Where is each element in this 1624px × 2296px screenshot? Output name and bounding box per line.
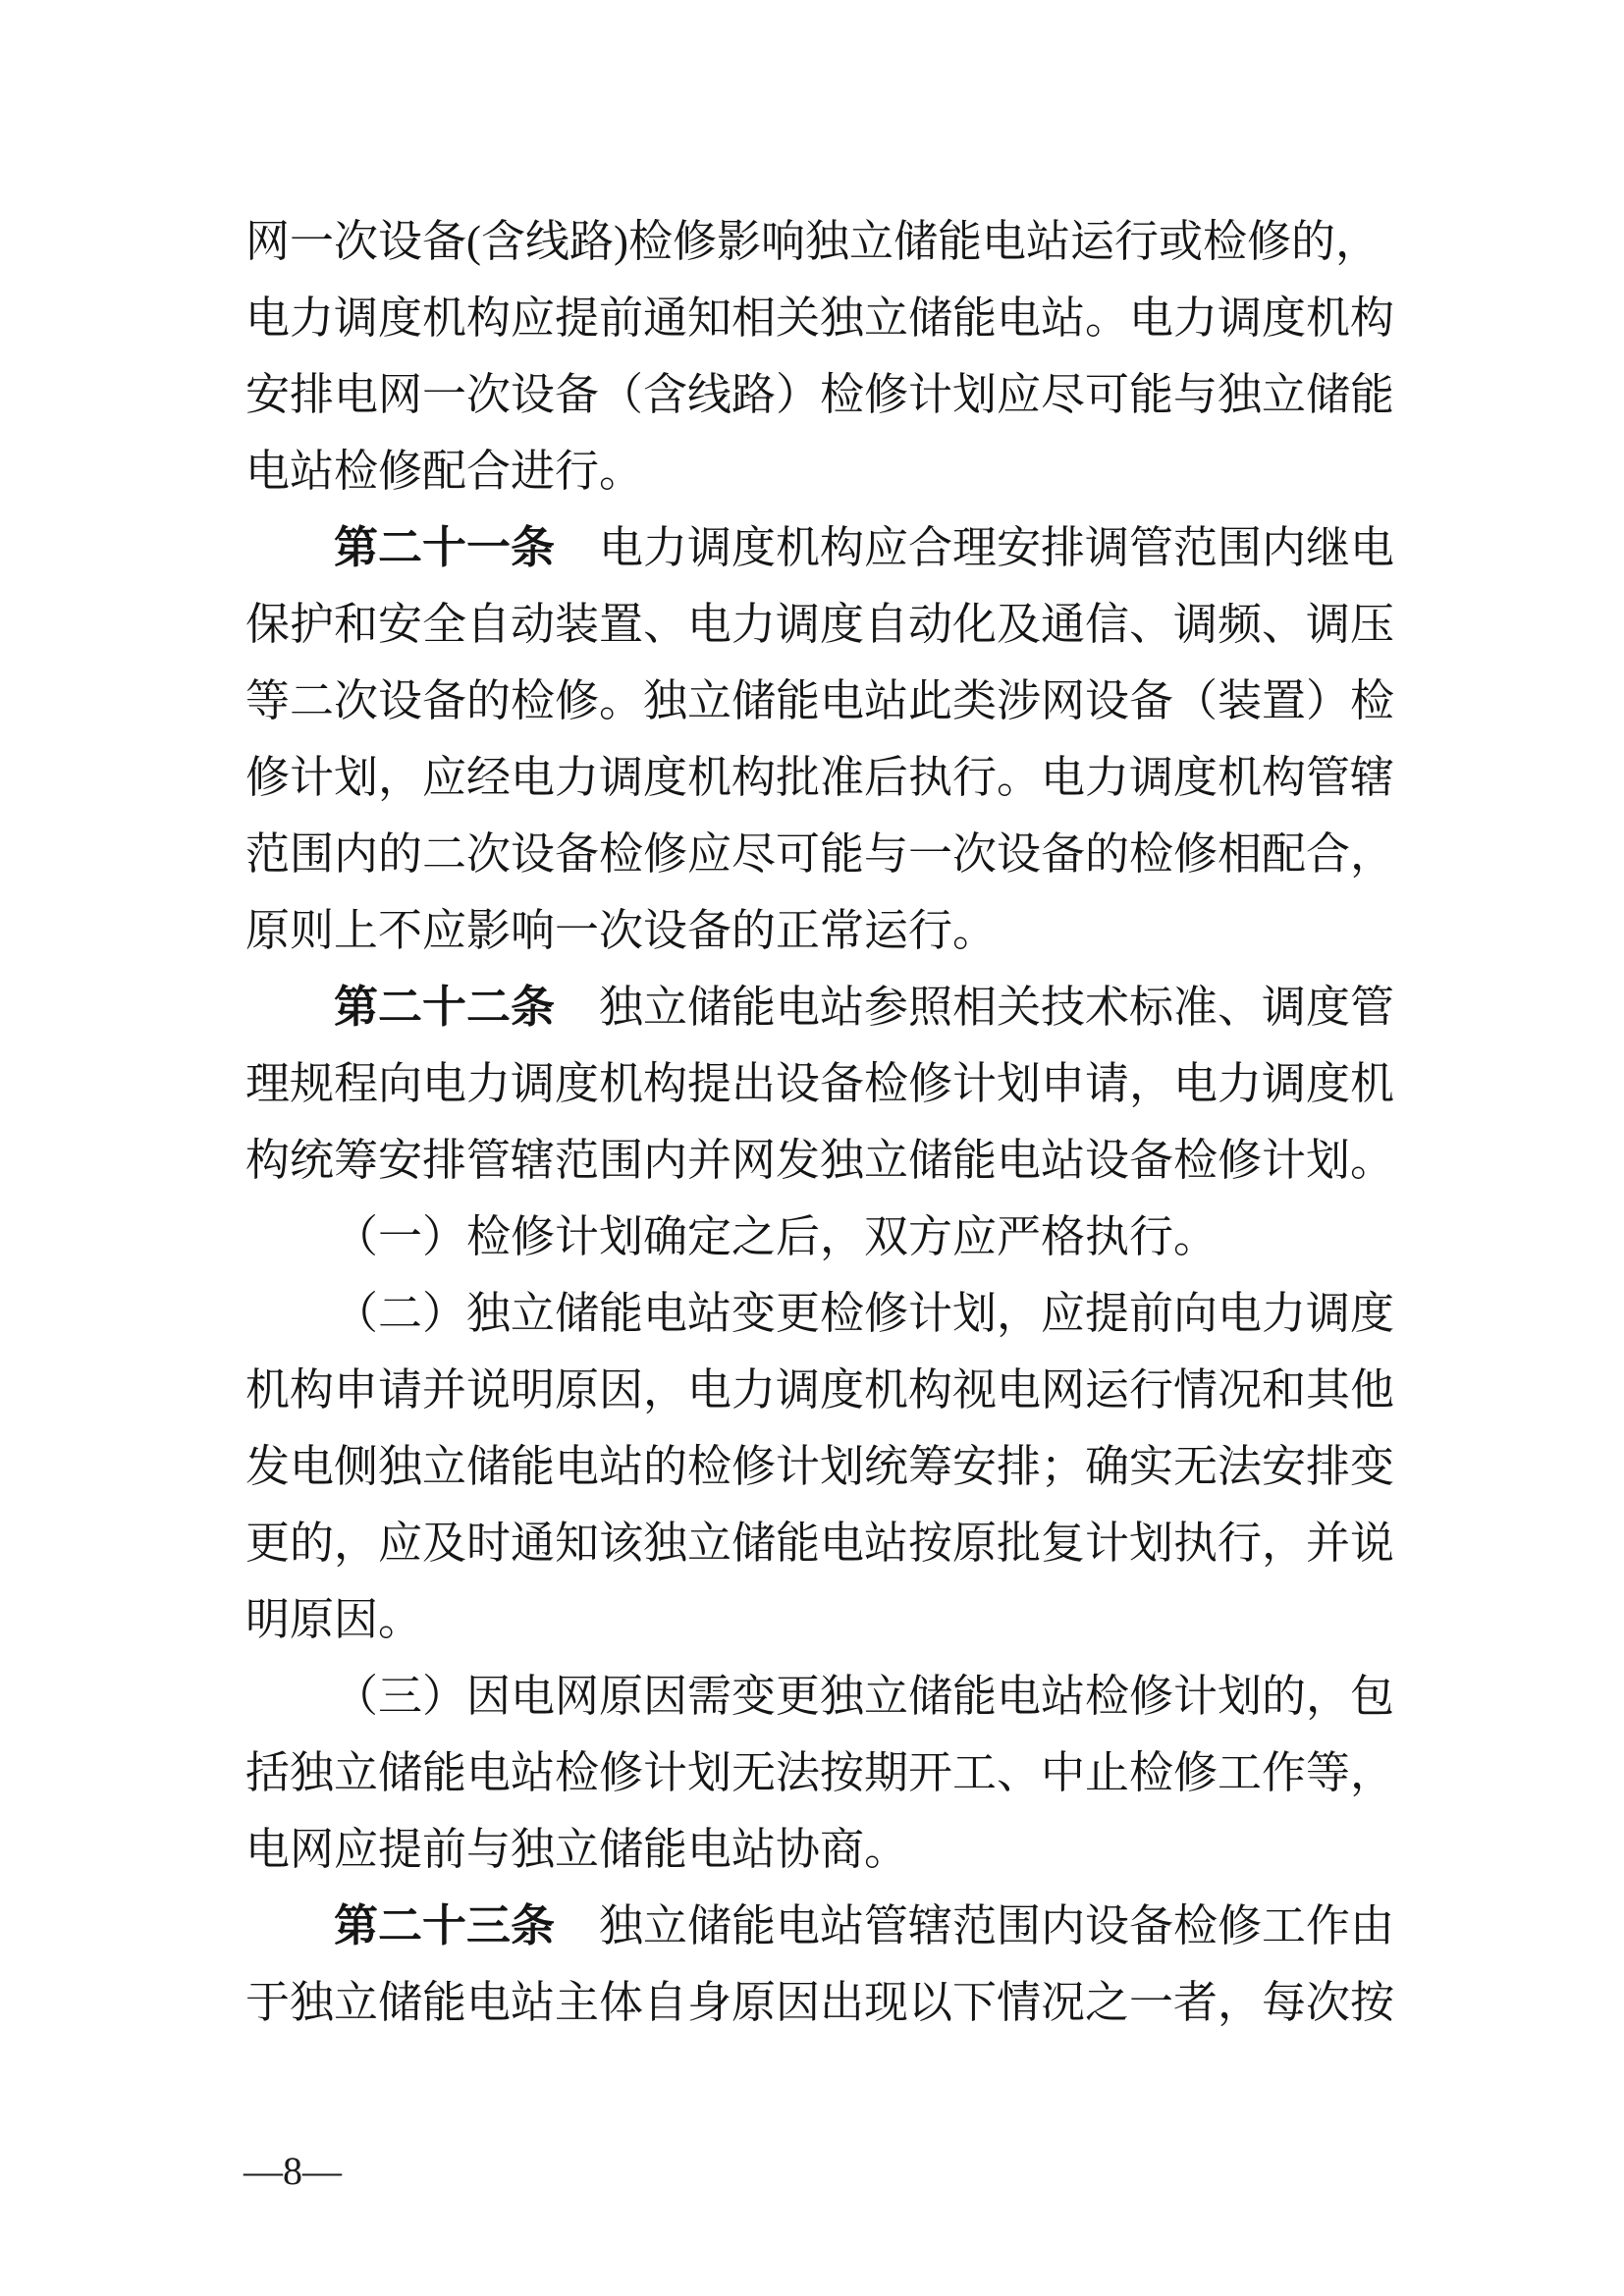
text-line: 发电侧独立储能电站的检修计划统筹安排；确实无法安排变 <box>245 1428 1400 1505</box>
document-lines: 网一次设备(含线路)检修影响独立储能电站运行或检修的，电力调度机构应提前通知相关… <box>245 203 1400 2041</box>
text-line: 安排电网一次设备（含线路）检修计划应尽可能与独立储能 <box>245 356 1400 433</box>
text-segment: 电力调度机构应合理安排调管范围内继电 <box>555 523 1394 572</box>
text-line: 第二十一条 电力调度机构应合理安排调管范围内继电 <box>245 509 1400 586</box>
document-page: 网一次设备(含线路)检修影响独立储能电站运行或检修的，电力调度机构应提前通知相关… <box>0 0 1624 2296</box>
text-line: （三）因电网原因需变更独立储能电站检修计划的，包 <box>245 1658 1400 1735</box>
article-heading: 第二十一条 <box>334 523 555 572</box>
text-segment: 网一次设备(含线路)检修影响独立储能电站运行或检修的， <box>245 217 1380 266</box>
text-line: 网一次设备(含线路)检修影响独立储能电站运行或检修的， <box>245 203 1400 280</box>
text-segment: 机构申请并说明原因，电力调度机构视电网运行情况和其他 <box>245 1365 1394 1415</box>
text-segment: 更的，应及时通知该独立储能电站按原批复计划执行，并说 <box>245 1519 1394 1568</box>
text-segment: 范围内的二次设备检修应尽可能与一次设备的检修相配合， <box>245 829 1394 879</box>
text-segment: （二）独立储能电站变更检修计划，应提前向电力调度 <box>334 1289 1394 1338</box>
text-line: 于独立储能电站主体自身原因出现以下情况之一者，每次按 <box>245 1964 1400 2041</box>
text-segment: 等二次设备的检修。独立储能电站此类涉网设备（装置）检 <box>245 676 1394 725</box>
text-line: 等二次设备的检修。独立储能电站此类涉网设备（装置）检 <box>245 663 1400 739</box>
text-segment: 电力调度机构应提前通知相关独立储能电站。电力调度机构 <box>245 294 1394 343</box>
text-line: 电站检修配合进行。 <box>245 433 1400 509</box>
text-line: 电力调度机构应提前通知相关独立储能电站。电力调度机构 <box>245 280 1400 356</box>
text-line: 第二十二条 独立储能电站参照相关技术标准、调度管 <box>245 969 1400 1045</box>
text-segment: （一）检修计划确定之后，双方应严格执行。 <box>334 1212 1218 1261</box>
text-segment: 独立储能电站管辖范围内设备检修工作由 <box>555 1901 1394 1950</box>
text-segment: 原则上不应影响一次设备的正常运行。 <box>245 906 997 955</box>
text-line: 电网应提前与独立储能电站协商。 <box>245 1811 1400 1888</box>
text-segment: 理规程向电力调度机构提出设备检修计划申请，电力调度机 <box>245 1059 1394 1108</box>
text-segment: 电站检修配合进行。 <box>245 447 643 496</box>
text-line: 修计划，应经电力调度机构批准后执行。电力调度机构管辖 <box>245 739 1400 816</box>
text-line: （二）独立储能电站变更检修计划，应提前向电力调度 <box>245 1275 1400 1352</box>
text-line: 理规程向电力调度机构提出设备检修计划申请，电力调度机 <box>245 1045 1400 1122</box>
text-segment: 电网应提前与独立储能电站协商。 <box>245 1825 908 1874</box>
text-line: 第二十三条 独立储能电站管辖范围内设备检修工作由 <box>245 1888 1400 1964</box>
text-line: 括独立储能电站检修计划无法按期开工、中止检修工作等， <box>245 1735 1400 1811</box>
text-segment: 构统筹安排管辖范围内并网发独立储能电站设备检修计划。 <box>245 1136 1394 1185</box>
text-segment: 括独立储能电站检修计划无法按期开工、中止检修工作等， <box>245 1748 1394 1797</box>
text-line: 更的，应及时通知该独立储能电站按原批复计划执行，并说 <box>245 1505 1400 1581</box>
text-segment: 明原因。 <box>245 1595 422 1644</box>
article-heading: 第二十二条 <box>334 983 555 1032</box>
text-line: （一）检修计划确定之后，双方应严格执行。 <box>245 1199 1400 1275</box>
text-segment: 修计划，应经电力调度机构批准后执行。电力调度机构管辖 <box>245 753 1394 802</box>
text-segment: 发电侧独立储能电站的检修计划统筹安排；确实无法安排变 <box>245 1442 1394 1491</box>
text-line: 范围内的二次设备检修应尽可能与一次设备的检修相配合， <box>245 816 1400 892</box>
page-number: —8— <box>244 2146 342 2197</box>
text-segment: （三）因电网原因需变更独立储能电站检修计划的，包 <box>334 1672 1394 1721</box>
text-segment: 于独立储能电站主体自身原因出现以下情况之一者，每次按 <box>245 1978 1394 2027</box>
text-segment: 独立储能电站参照相关技术标准、调度管 <box>555 983 1394 1032</box>
text-segment: 安排电网一次设备（含线路）检修计划应尽可能与独立储能 <box>245 370 1394 419</box>
text-segment: 保护和安全自动装置、电力调度自动化及通信、调频、调压 <box>245 600 1394 649</box>
text-line: 明原因。 <box>245 1581 1400 1658</box>
text-line: 保护和安全自动装置、电力调度自动化及通信、调频、调压 <box>245 586 1400 663</box>
text-line: 构统筹安排管辖范围内并网发独立储能电站设备检修计划。 <box>245 1122 1400 1199</box>
text-line: 机构申请并说明原因，电力调度机构视电网运行情况和其他 <box>245 1352 1400 1428</box>
article-heading: 第二十三条 <box>334 1901 555 1950</box>
text-line: 原则上不应影响一次设备的正常运行。 <box>245 892 1400 969</box>
